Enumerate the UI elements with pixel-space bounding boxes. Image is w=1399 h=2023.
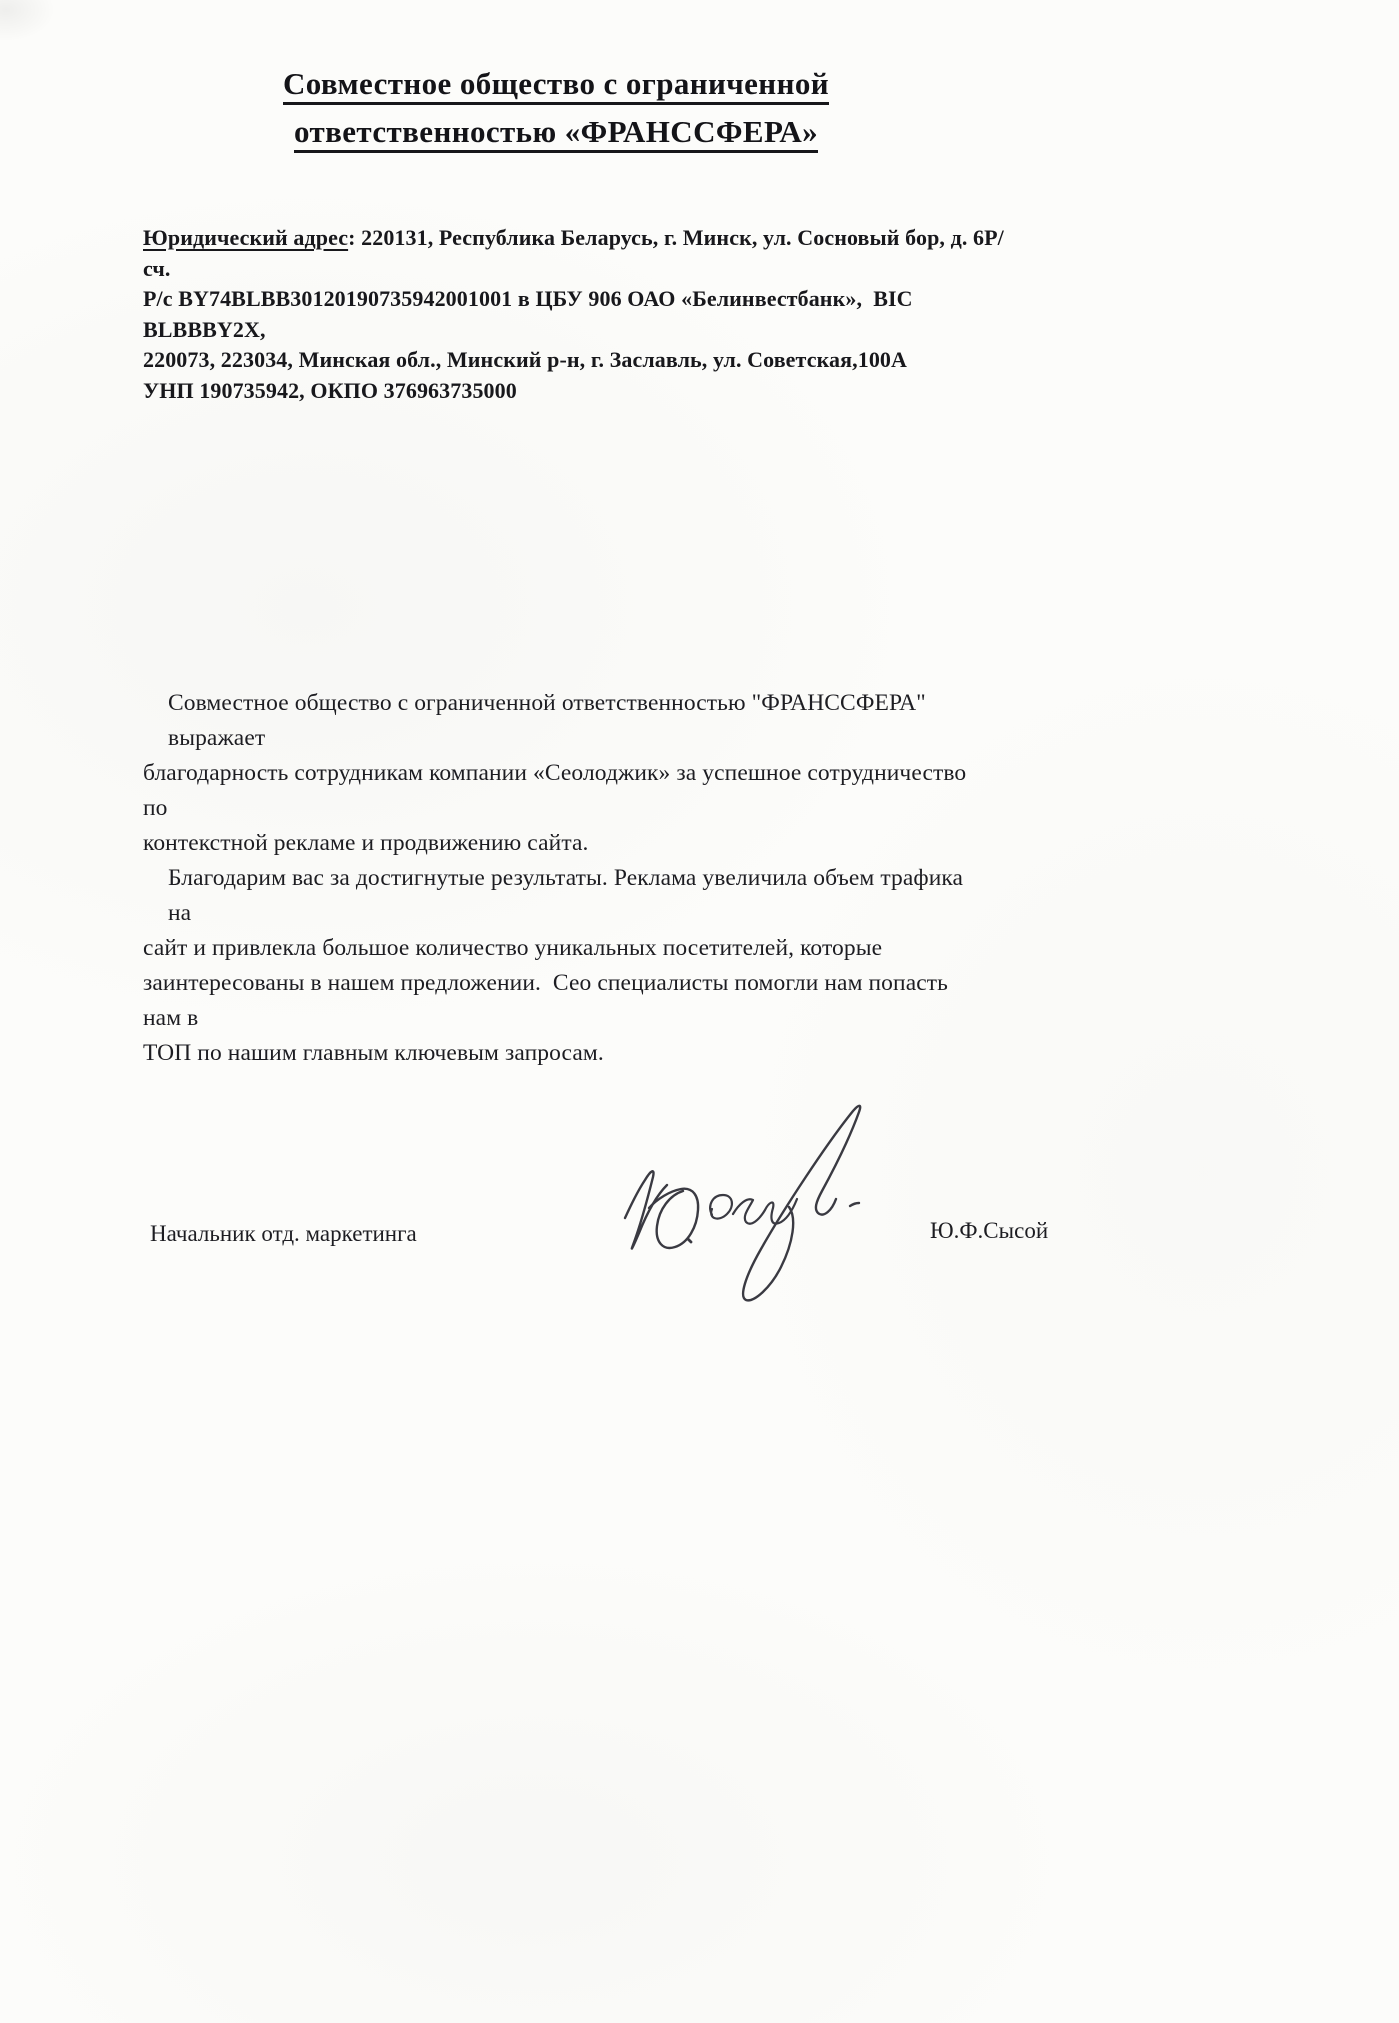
requisites-line-3: 220073, 223034, Минская обл., Минский р-… [143, 345, 1013, 376]
paragraph-2-line-4: ТОП по нашим главным ключевым запросам. [143, 1036, 991, 1071]
paragraph-1-line-1: Совместное общество с ограниченной ответ… [143, 686, 991, 756]
letter-body: Совместное общество с ограниченной ответ… [143, 686, 991, 1071]
signatory-name: Ю.Ф.Сысой [930, 1218, 1048, 1244]
scanned-letter-page: Совместное общество с ограниченной ответ… [0, 0, 1399, 2023]
legal-address-label: Юридический адрес [143, 225, 348, 250]
paragraph-2-line-1: Благодарим вас за достигнутые результаты… [143, 861, 991, 931]
paragraph-1-line-3: контекстной рекламе и продвижению сайта. [143, 826, 991, 861]
requisites-line-4: УНП 190735942, ОКПО 376963735000 [143, 376, 1013, 407]
paragraph-2-line-2: сайт и привлекла большое количество уник… [143, 931, 991, 966]
company-title: Совместное общество с ограниченной ответ… [0, 60, 1112, 156]
paragraph-2: Благодарим вас за достигнутые результаты… [143, 861, 991, 1071]
signatory-position: Начальник отд. маркетинга [150, 1221, 417, 1247]
requisites-line-2: Р/с BY74BLBB30120190735942001001 в ЦБУ 9… [143, 284, 1013, 345]
company-requisites: Юридический адрес: 220131, Республика Бе… [143, 223, 1013, 406]
paragraph-1-line-2: благодарность сотрудникам компании «Сеол… [143, 756, 991, 826]
handwritten-signature [612, 1096, 877, 1316]
paragraph-2-line-3: заинтересованы в нашем предложении. Сео … [143, 966, 991, 1036]
paragraph-1: Совместное общество с ограниченной ответ… [143, 686, 991, 861]
company-title-line2: ответственностью «ФРАНССФЕРА» [294, 114, 818, 153]
requisites-line-1: Юридический адрес: 220131, Республика Бе… [143, 223, 1013, 284]
company-title-line1: Совместное общество с ограниченной [283, 66, 829, 105]
